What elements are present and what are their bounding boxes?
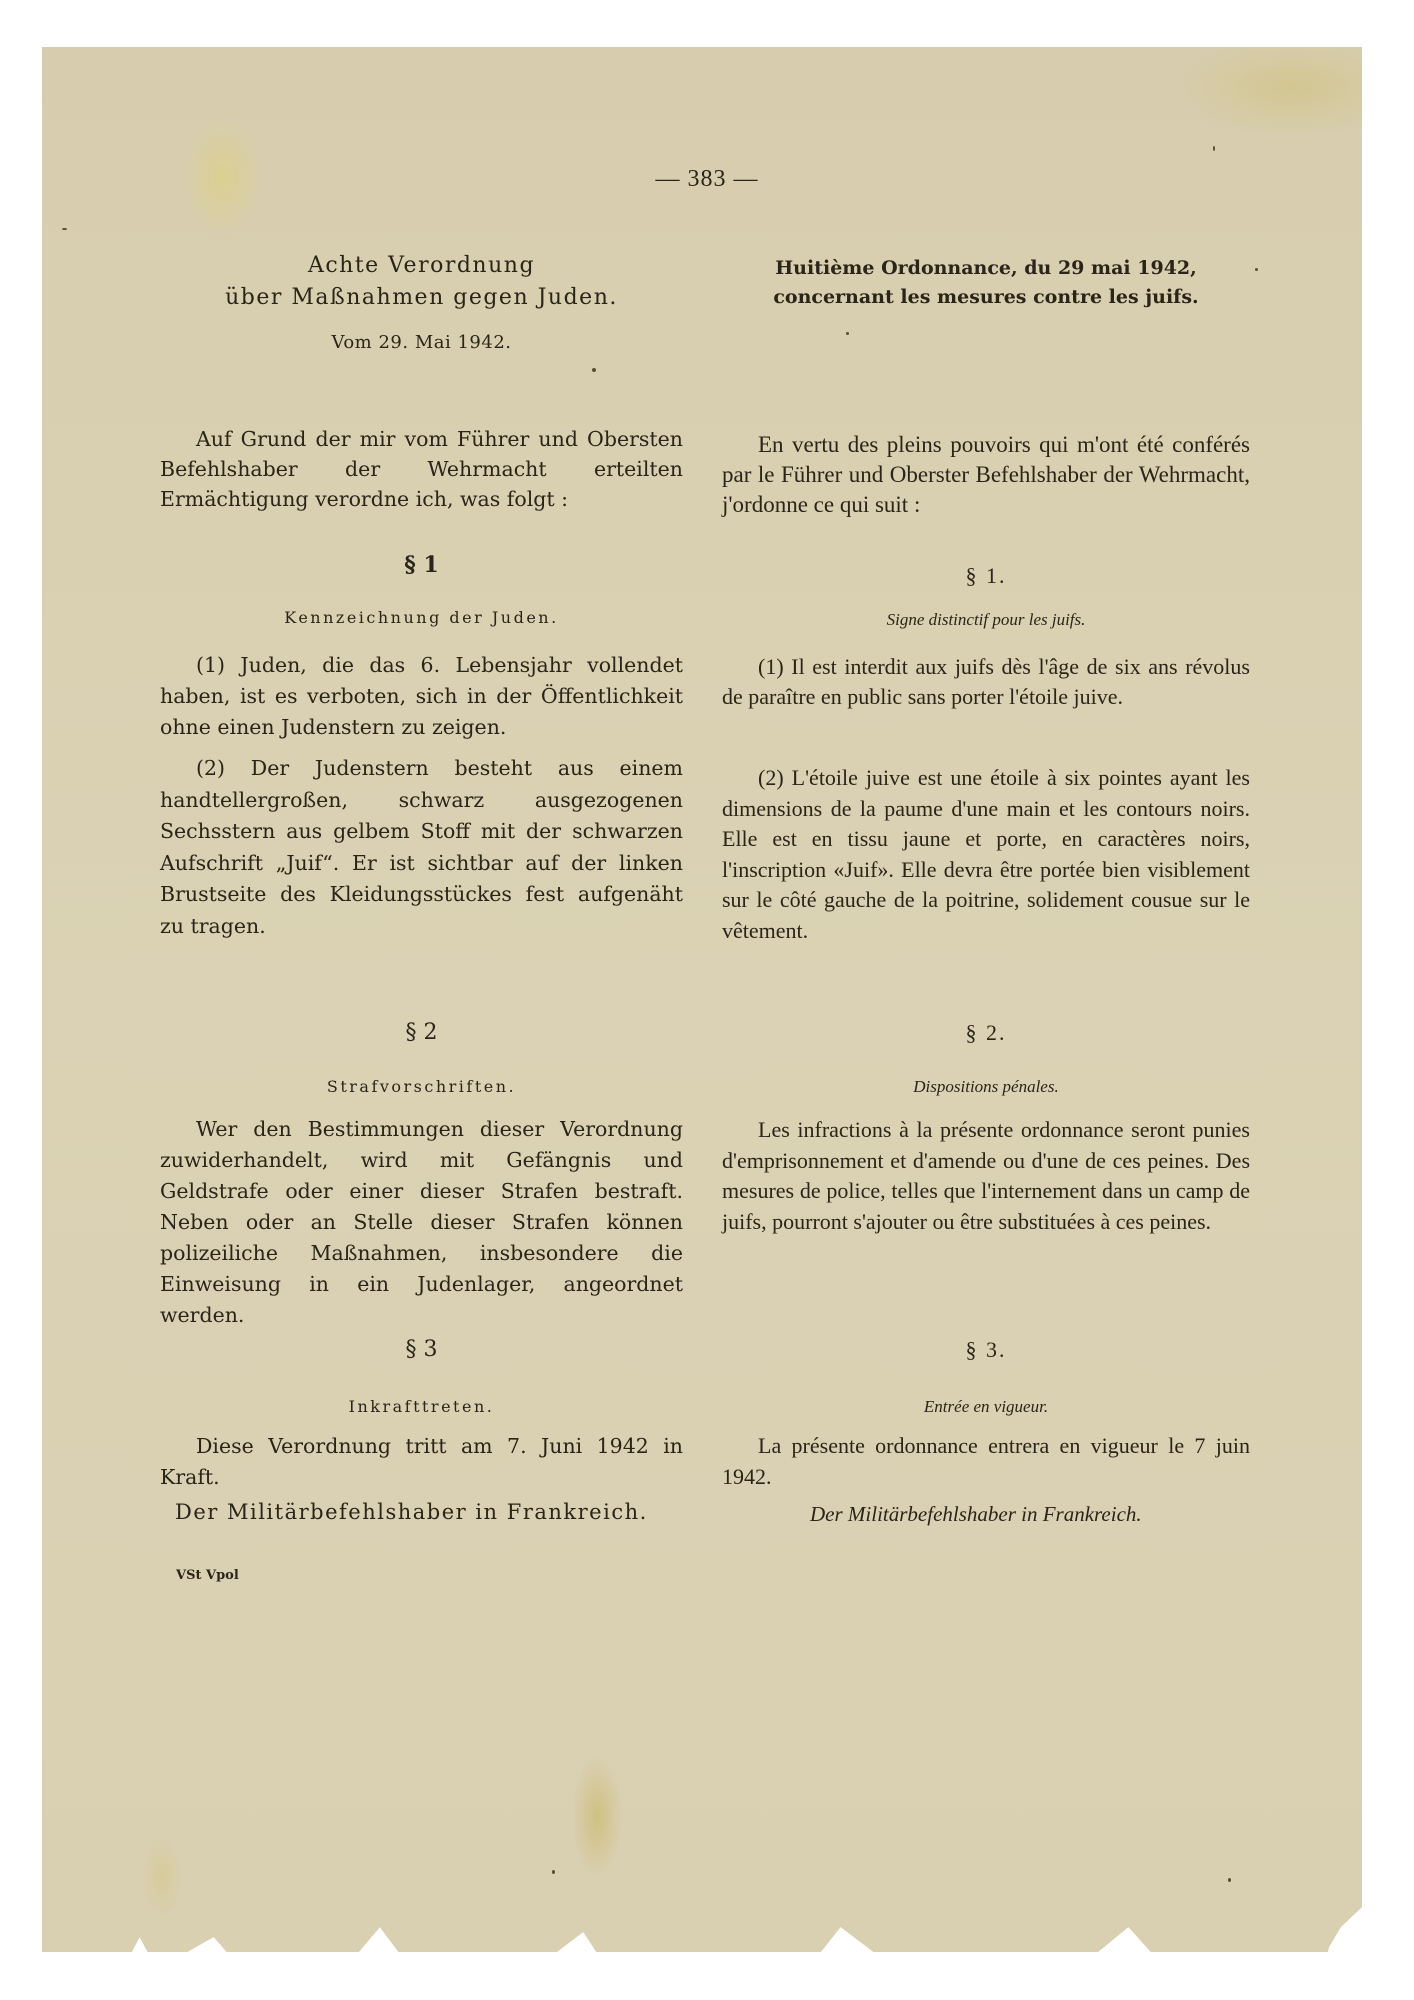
french-section-3-number: § 3.	[722, 1337, 1250, 1363]
french-section-3-title: Entrée en vigueur.	[722, 1397, 1250, 1417]
german-section-1-number: § 1	[160, 552, 683, 578]
german-intro-paragraph: Auf Grund der mir vom Führer und Oberste…	[160, 424, 683, 514]
german-signature: Der Militärbefehlshaber in Frankreich.	[175, 1500, 695, 1524]
german-section-1-title: Kennzeichnung der Juden.	[160, 608, 683, 627]
german-section-2-paragraph: Wer den Bestimmungen dieser Verordnung z…	[160, 1114, 683, 1331]
paper-speck	[1255, 268, 1258, 271]
french-section-1-number: § 1.	[722, 563, 1250, 589]
french-section-3-paragraph: La présente ordonnance entrera en vigueu…	[722, 1431, 1250, 1492]
german-date: Vom 29. Mai 1942.	[160, 332, 683, 353]
french-title: Huitième Ordonnance, du 29 mai 1942, con…	[722, 254, 1250, 312]
german-reference-mark: VSt Vpol	[176, 1568, 239, 1583]
french-title-line-1: Huitième Ordonnance, du 29 mai 1942,	[722, 254, 1250, 283]
paper-speck	[1213, 146, 1215, 151]
french-section-2-title: Dispositions pénales.	[722, 1077, 1250, 1097]
german-section-3-number: § 3	[160, 1337, 683, 1362]
paper-speck	[592, 368, 596, 372]
german-title-line-2: über Maßnahmen gegen Juden.	[160, 282, 683, 314]
french-title-line-2: concernant les mesures contre les juifs.	[722, 283, 1250, 312]
paper-speck	[846, 332, 849, 335]
german-section-2-title: Strafvorschriften.	[160, 1077, 683, 1096]
french-section-1-paragraph-2: (2) L'étoile juive est une étoile à six …	[722, 763, 1250, 946]
paper-speck	[62, 228, 67, 230]
french-section-1-title: Signe distinctif pour les juifs.	[722, 610, 1250, 630]
paper-speck	[1228, 1878, 1231, 1882]
french-signature: Der Militärbefehlshaber in Frankreich.	[810, 1502, 1250, 1527]
german-section-1-paragraph-1: (1) Juden, die das 6. Lebensjahr vollend…	[160, 650, 683, 743]
french-section-2-paragraph: Les infractions à la présente ordonnance…	[722, 1115, 1250, 1237]
german-title: Achte Verordnung über Maßnahmen gegen Ju…	[160, 250, 683, 314]
german-section-3-title: Inkrafttreten.	[160, 1397, 683, 1416]
french-section-1-paragraph-1: (1) Il est interdit aux juifs dès l'âge …	[722, 652, 1250, 712]
german-section-2-number: § 2	[160, 1020, 683, 1045]
german-title-line-1: Achte Verordnung	[160, 250, 683, 282]
german-section-3-paragraph: Diese Verordnung tritt am 7. Juni 1942 i…	[160, 1431, 683, 1493]
paper-speck	[552, 1870, 555, 1874]
french-section-2-number: § 2.	[722, 1020, 1250, 1046]
german-section-1-paragraph-2: (2) Der Judenstern besteht aus einem han…	[160, 753, 683, 942]
page-number: — 383 —	[0, 166, 1414, 193]
french-intro-paragraph: En vertu des pleins pouvoirs qui m'ont é…	[722, 430, 1250, 520]
